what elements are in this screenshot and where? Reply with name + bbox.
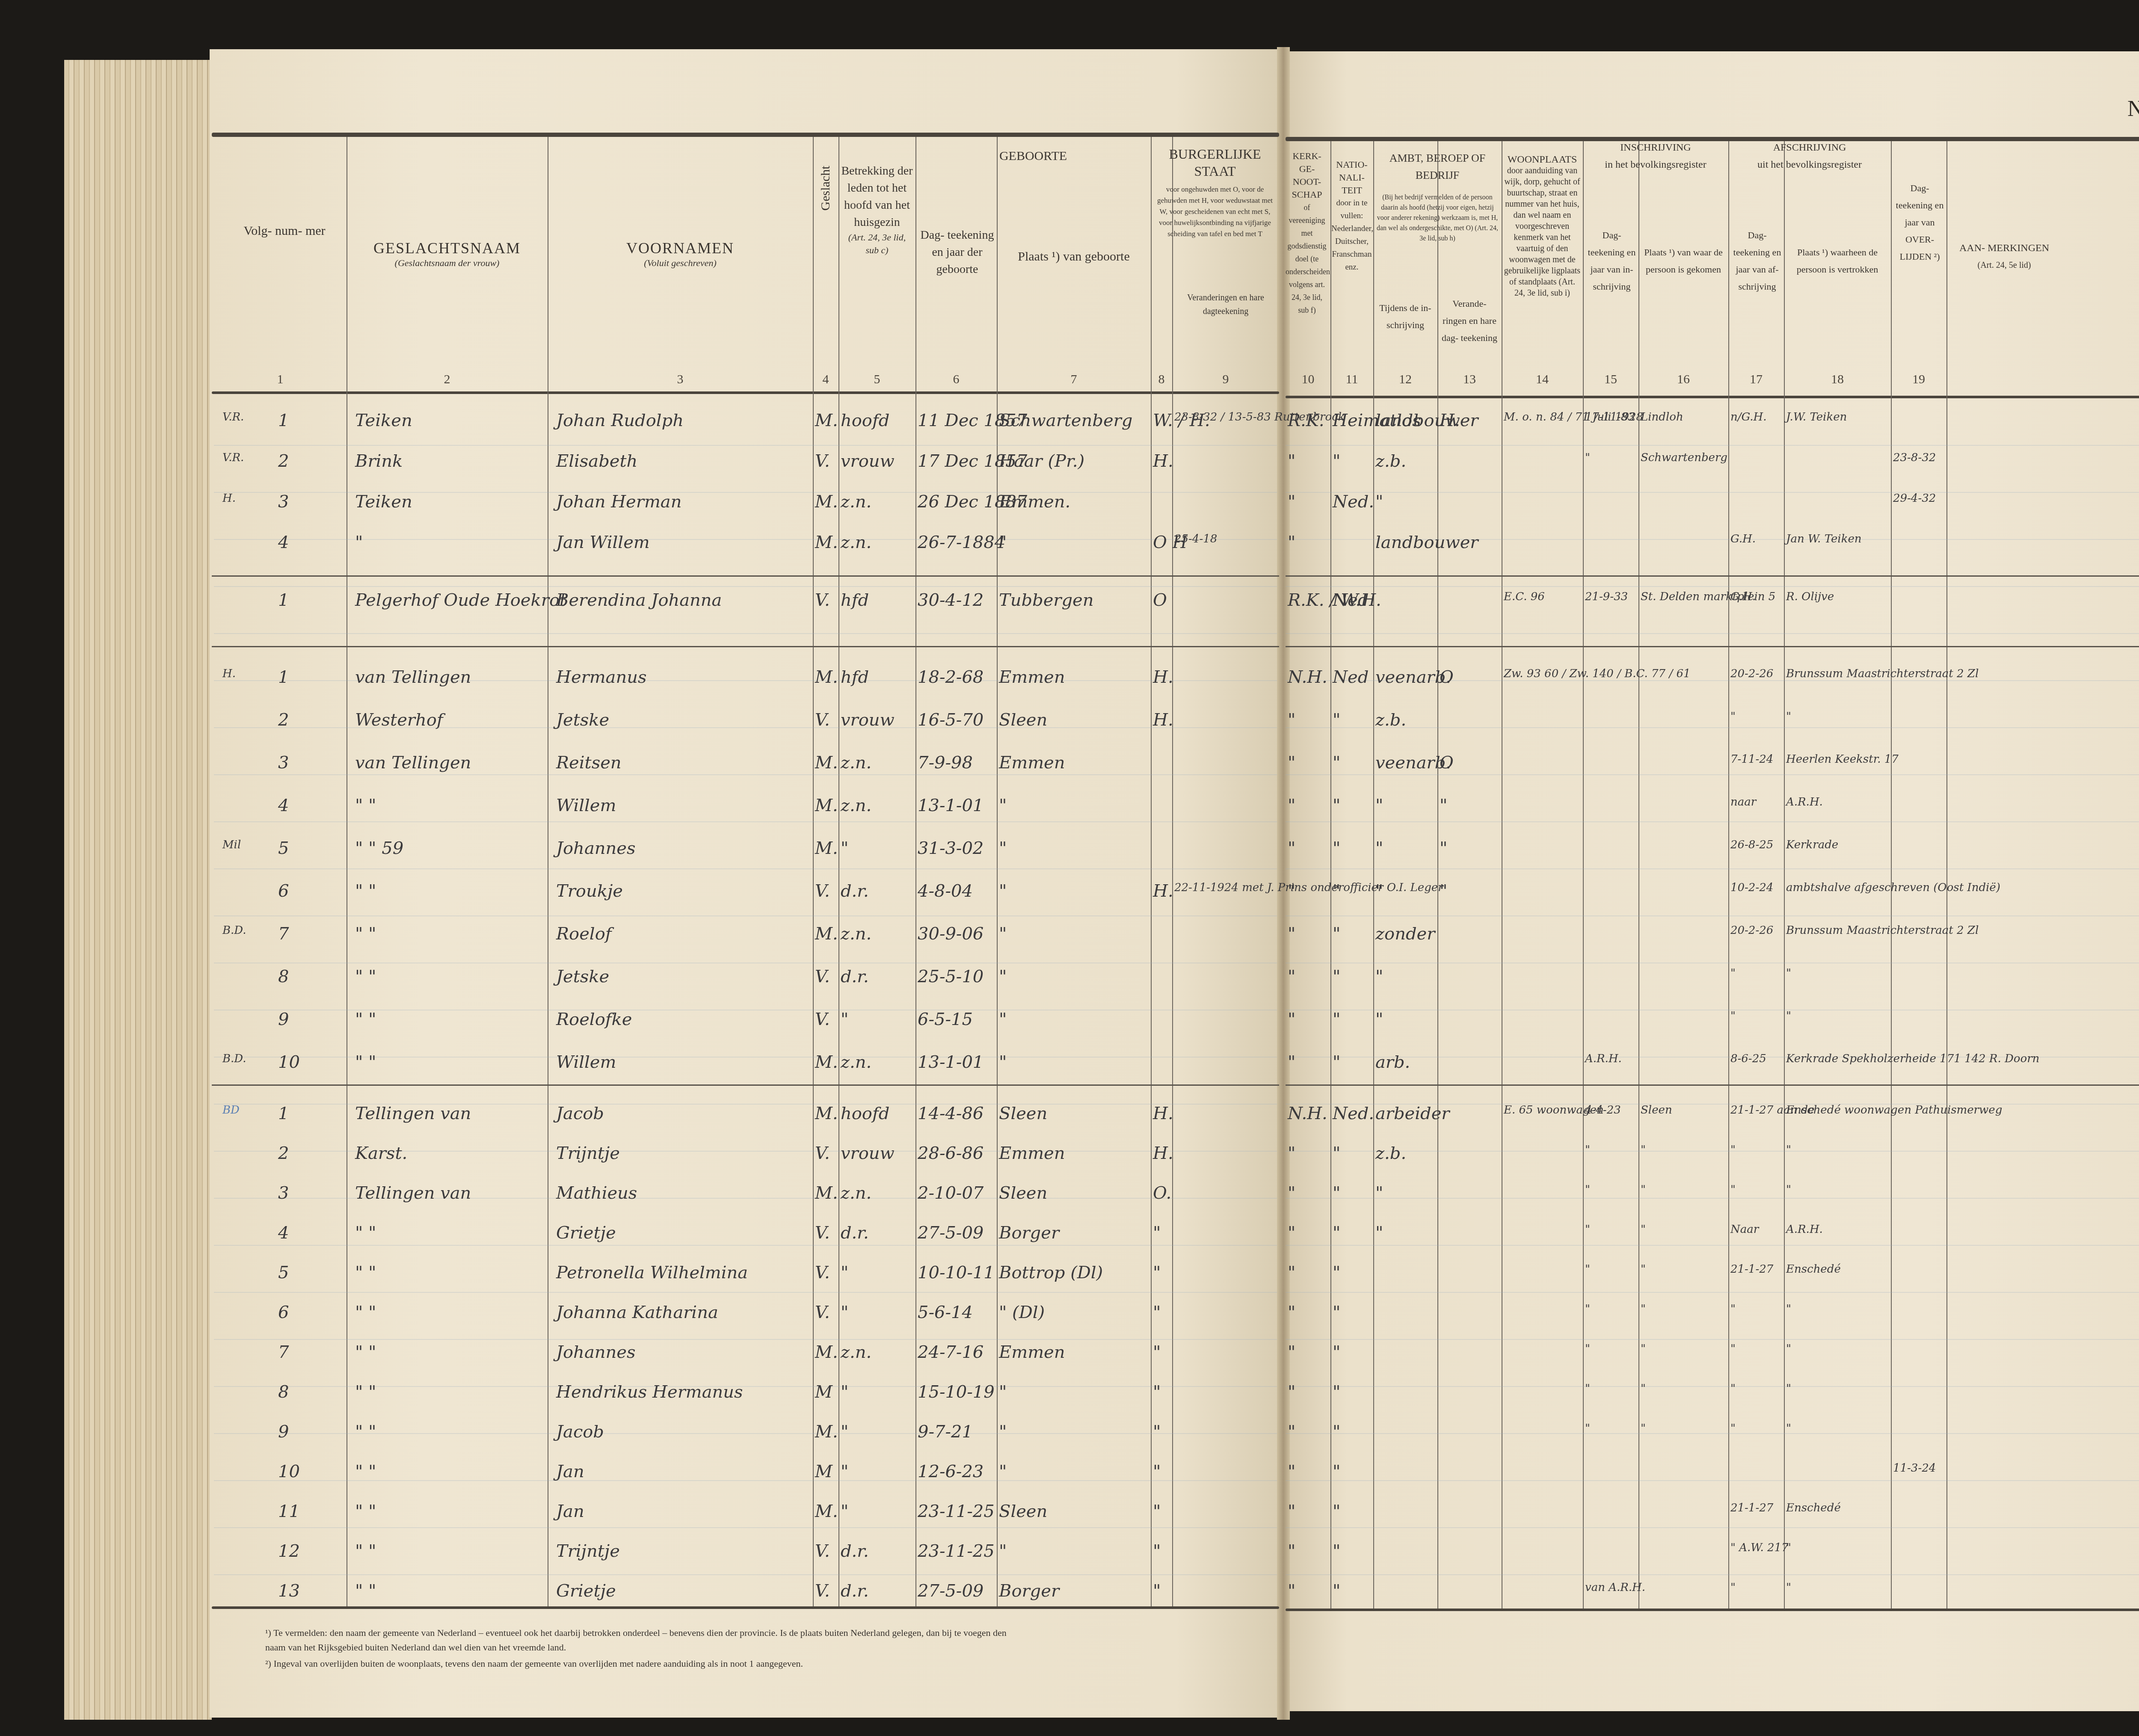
entry-church: " (1288, 1263, 1295, 1283)
entry-given: Willem (556, 1052, 616, 1072)
ruled-line (214, 1245, 1277, 1246)
entry-out-date: " A.W. 217 (1730, 1541, 1789, 1554)
ruled-line (214, 1527, 1277, 1528)
entry-rel: d.r. (841, 967, 869, 986)
ruled-line (1286, 1010, 2139, 1010)
entry-job: " (1375, 1183, 1383, 1203)
entry-surname: " " (355, 881, 376, 901)
ruled-line (214, 586, 1277, 587)
entry-out-to: Heerlen Keekstr. 17 (1786, 753, 1899, 766)
entry-job: " (1375, 838, 1383, 858)
entry-job-change: O (1440, 753, 1454, 773)
entry-nr: 1 (278, 590, 289, 610)
entry-born: 31-3-02 (918, 838, 984, 858)
header-bottom-rule-right (1286, 396, 2139, 398)
entry-nr: 1 (278, 1104, 289, 1123)
entry-church: " (1288, 967, 1295, 986)
entry-in-date: " (1585, 1382, 1590, 1395)
entry-address: Zw. 93 60 / Zw. 140 / B.C. 77 / 61 (1504, 667, 1691, 680)
entry-sex: M (815, 1462, 832, 1481)
block-separator-right (1286, 646, 2139, 647)
entry-in-from: Sleen (1641, 1104, 1672, 1117)
entry-out-to: " (1786, 1382, 1791, 1395)
entry-out-to: Jan W. Teiken (1786, 533, 1862, 545)
ruled-line (1286, 774, 2139, 775)
entry-out-to: " (1786, 1144, 1791, 1156)
entry-given: Berendina Johanna (556, 590, 722, 610)
entry-mark: BD (222, 1104, 240, 1117)
left-page-stack (64, 60, 212, 1720)
ruled-line (214, 445, 1277, 446)
entry-job: " (1375, 1223, 1383, 1243)
entry-out-to: Enschedé woonwagen Pathuismerweg (1786, 1104, 2002, 1117)
entry-out-date: " (1730, 1303, 1736, 1315)
entry-out-date: 26-8-25 (1730, 838, 1773, 851)
entry-in-from: " (1641, 1223, 1646, 1236)
entry-church: " (1288, 1382, 1295, 1402)
entry-in-from: " (1641, 1303, 1646, 1315)
entry-given: Mathieus (556, 1183, 637, 1203)
entry-surname: " " (355, 1382, 376, 1402)
entry-civ-change: 25-4-18 (1174, 533, 1217, 545)
entry-job: " (1375, 492, 1383, 512)
entry-given: Jacob (556, 1422, 604, 1442)
entry-born: 13-1-01 (918, 796, 984, 815)
entry-place: " (999, 796, 1007, 815)
entry-nat: " (1333, 1382, 1340, 1402)
entry-out-date: Naar (1730, 1223, 1759, 1236)
entry-born: 10-10-11 (918, 1263, 995, 1283)
entry-place: " (999, 1541, 1007, 1561)
col11-header: NATIO- NALI- TEITdoor in te vullen: Nede… (1331, 158, 1372, 274)
entry-in-from: Schwartenberg (1641, 451, 1727, 464)
entry-nat: " (1333, 881, 1340, 901)
entry-job: z.b. (1375, 451, 1406, 471)
entry-rel: " (841, 838, 848, 858)
entry-job: " (1375, 1010, 1383, 1029)
burgerlijke-staat-group-header: BURGERLIJKE STAAT (1153, 145, 1277, 180)
column-number: 15 (1583, 372, 1638, 387)
entry-out-date: 20-2-26 (1730, 667, 1773, 680)
entry-surname: Teiken (355, 411, 412, 430)
entry-church: " (1288, 1144, 1295, 1163)
entry-nr: 2 (278, 1144, 289, 1163)
entry-rel: d.r. (841, 1223, 869, 1243)
entry-sex: M. (815, 1502, 838, 1521)
entry-church: " (1288, 838, 1295, 858)
entry-nr: 12 (278, 1541, 300, 1561)
entry-born: 30-4-12 (918, 590, 984, 610)
entry-surname: Westerhof (355, 710, 443, 730)
entry-in-from: " (1641, 1263, 1646, 1276)
entry-out-to: " (1786, 1010, 1791, 1022)
col5-header: Betrekking der leden tot het hoofd van h… (841, 163, 913, 257)
ruled-line (1286, 586, 2139, 587)
entry-born: 18-2-68 (918, 667, 984, 687)
entry-rel: z.n. (841, 796, 871, 815)
entry-civ: " (1153, 1342, 1161, 1362)
entry-out-date: " (1730, 1422, 1736, 1435)
entry-born: 16-5-70 (918, 710, 984, 730)
entry-born: 14-4-86 (918, 1104, 984, 1123)
entry-nr: 4 (278, 533, 289, 552)
ruled-line (1286, 1527, 2139, 1528)
entry-mark: H. (222, 492, 236, 505)
entry-civ: " (1153, 1462, 1161, 1481)
entry-in-date: " (1585, 1144, 1590, 1156)
entry-rel: " (841, 1263, 848, 1283)
entry-given: Jan Willem (556, 533, 650, 552)
entry-civ: O (1153, 590, 1167, 610)
entry-out-date: n/G.H. (1730, 411, 1767, 424)
block-separator-right (1286, 575, 2139, 577)
entry-surname: Pelgerhof Oude Hoekrot (355, 590, 566, 610)
entry-job: zonder (1375, 924, 1435, 944)
entry-nr: 3 (278, 753, 289, 773)
entry-nr: 7 (278, 924, 289, 944)
entry-out-date: naar (1730, 796, 1756, 809)
entry-nat: " (1333, 1581, 1340, 1601)
ruled-line (1286, 1433, 2139, 1434)
entry-born: 12-6-23 (918, 1462, 984, 1481)
entry-place: Sleen (999, 710, 1047, 730)
entry-church: " (1288, 1010, 1295, 1029)
afschrijving-group-header: AFSCHRIJVINGuit het bevolkingsregister (1730, 139, 1889, 173)
entry-surname: Tellingen van (355, 1183, 471, 1203)
entry-sex: V. (815, 1581, 830, 1601)
entry-surname: van Tellingen (355, 667, 471, 687)
ruled-line (214, 774, 1277, 775)
entry-in-date: A.R.H. (1585, 1052, 1622, 1065)
column-number: 14 (1502, 372, 1583, 387)
column-number: 1 (214, 372, 347, 387)
entry-job: z.b. (1375, 710, 1406, 730)
entry-nr: 3 (278, 492, 289, 512)
column-divider (1373, 141, 1374, 1609)
col18-header: Plaats ¹) waarheen de persoon is vertrok… (1786, 244, 1889, 278)
entry-out-to: " (1786, 1303, 1791, 1315)
ruled-line (1286, 492, 2139, 493)
entry-mark: H. (222, 667, 236, 680)
entry-nat: " (1333, 451, 1340, 471)
entry-in-from: " (1641, 1183, 1646, 1196)
geboorte-group-header: GEBOORTE (918, 148, 1149, 165)
entry-out-to: " (1786, 710, 1791, 723)
entry-church: " (1288, 753, 1295, 773)
footnote-1: ¹) Te vermelden: den naam der gemeente v… (265, 1626, 1018, 1655)
entry-out-date: 21-1-27 (1730, 1263, 1773, 1276)
entry-rel: " (841, 1502, 848, 1521)
entry-nr: 6 (278, 881, 289, 901)
col13-header: Verande- ringen en hare dag- teekening (1440, 295, 1499, 347)
ruled-line (214, 1292, 1277, 1293)
entry-sex: M. (815, 1183, 838, 1203)
column-divider (1946, 141, 1947, 1609)
block-separator-left (212, 1084, 1279, 1086)
entry-out-to: " (1786, 1183, 1791, 1196)
entry-church: " (1288, 881, 1295, 901)
table-bottom-rule-left (212, 1606, 1279, 1609)
entry-in-date: " (1585, 1223, 1590, 1236)
entry-job: " (1375, 967, 1383, 986)
entry-civ: H. (1153, 1144, 1173, 1163)
entry-rel: z.n. (841, 1052, 871, 1072)
entry-given: Jacob (556, 1104, 604, 1123)
column-divider (1502, 141, 1502, 1609)
col1-header: Volg- num- mer (222, 222, 347, 240)
entry-nr: 4 (278, 796, 289, 815)
ruled-line (1286, 633, 2139, 634)
header-bottom-rule-left (212, 391, 1279, 394)
entry-given: Jetske (556, 710, 609, 730)
entry-church: " (1288, 1502, 1295, 1521)
entry-church: " (1288, 533, 1295, 552)
entry-rel: z.n. (841, 533, 871, 552)
entry-surname: " " 59 (355, 838, 403, 858)
entry-rel: z.n. (841, 1183, 871, 1203)
entry-nat: " (1333, 1263, 1340, 1283)
entry-nr: 1 (278, 667, 289, 687)
entry-out-to: Kerkrade (1786, 838, 1838, 851)
entry-nat: " (1333, 1010, 1340, 1029)
entry-sex: V. (815, 967, 830, 986)
column-divider (1728, 141, 1729, 1609)
entry-nat: " (1333, 796, 1340, 815)
entry-out-to: " (1786, 1422, 1791, 1435)
column-divider (1891, 141, 1892, 1609)
entry-place: " (999, 1382, 1007, 1402)
entry-civ: " (1153, 1541, 1161, 1561)
entry-out-to: " (1786, 967, 1791, 980)
inschrijving-group-header: INSCHRIJVINGin het bevolkingsregister (1585, 139, 1726, 173)
entry-given: Johan Rudolph (556, 411, 684, 430)
entry-church: " (1288, 1342, 1295, 1362)
entry-nat: " (1333, 1422, 1340, 1442)
entry-out-to: " (1786, 1541, 1791, 1554)
entry-civ: O. (1153, 1183, 1171, 1203)
entry-nat: " (1333, 967, 1340, 986)
entry-out-to: J.W. Teiken (1786, 411, 1847, 424)
entry-out-to: R. Olijve (1786, 590, 1834, 603)
entry-given: Trijntje (556, 1144, 620, 1163)
entry-rel: hoofd (841, 411, 889, 430)
entry-job-change: H. (1440, 411, 1460, 430)
entry-out-to: " (1786, 1581, 1791, 1594)
entry-mark: Mil (222, 838, 241, 851)
column-divider (1638, 141, 1639, 1609)
entry-nr: 13 (278, 1581, 300, 1601)
entry-surname: " " (355, 1541, 376, 1561)
entry-born: 6-5-15 (918, 1010, 973, 1029)
entry-rel: z.n. (841, 492, 871, 512)
entry-surname: " " (355, 1422, 376, 1442)
column-number: 3 (548, 372, 813, 387)
entry-job: " (1375, 796, 1383, 815)
col3-header: VOORNAMEN(Voluit geschreven) (550, 240, 811, 270)
entry-death: 23-8-32 (1893, 451, 1936, 464)
entry-surname: van Tellingen (355, 753, 471, 773)
entry-nat: " (1333, 1342, 1340, 1362)
ruled-line (1286, 445, 2139, 446)
ambt-note: (Bij het bedrijf vermelden of de persoon… (1375, 193, 1499, 244)
entry-nat: " (1333, 924, 1340, 944)
entry-nat: " (1333, 1223, 1340, 1243)
entry-nr: 4 (278, 1223, 289, 1243)
entry-sex: M. (815, 924, 838, 944)
entry-out-to: Enschedé (1786, 1502, 1841, 1514)
ruled-line (1286, 727, 2139, 728)
entry-job-change: " (1440, 838, 1447, 858)
entry-nr: 8 (278, 1382, 289, 1402)
entry-in-date: " (1585, 1183, 1590, 1196)
entry-mark: V.R. (222, 451, 244, 464)
entry-out-date: " (1730, 710, 1736, 723)
column-number: 12 (1373, 372, 1437, 387)
entry-place: " (999, 533, 1007, 552)
entry-nat: " (1333, 838, 1340, 858)
entry-out-to: ambtshalve afgeschreven (Oost Indië) (1786, 881, 2000, 894)
entry-surname: Brink (355, 451, 403, 471)
entry-sex: M. (815, 1052, 838, 1072)
entry-surname: " " (355, 1342, 376, 1362)
entry-out-to: " (1786, 1342, 1791, 1355)
entry-nat: Ned. (1333, 492, 1374, 512)
entry-sex: V. (815, 881, 830, 901)
entry-place: Emmen. (999, 492, 1070, 512)
entry-nat: " (1333, 1144, 1340, 1163)
entry-church: R.K. (1288, 411, 1324, 430)
entry-given: Jan (556, 1502, 584, 1521)
entry-out-date: G.H. (1730, 590, 1756, 603)
column-number: 2 (347, 372, 548, 387)
entry-rel: z.n. (841, 1342, 871, 1362)
entry-job: arb. (1375, 1052, 1410, 1072)
ruled-line (214, 915, 1277, 916)
entry-church: " (1288, 796, 1295, 815)
entry-born: 7-9-98 (918, 753, 973, 773)
ruled-line (1286, 963, 2139, 963)
entry-civ: " (1153, 1263, 1161, 1283)
entry-job-change: " (1440, 796, 1447, 815)
entry-place: Borger (999, 1223, 1059, 1243)
entry-born: 15-10-19 (918, 1382, 995, 1402)
col12-header: Tijdens de in- schrijving (1375, 299, 1435, 334)
entry-in-date: " (1585, 1422, 1590, 1435)
entry-sex: M. (815, 1342, 838, 1362)
entry-church: " (1288, 492, 1295, 512)
entry-place: " (999, 1422, 1007, 1442)
ruled-line (1286, 1574, 2139, 1575)
ruled-line (1286, 1480, 2139, 1481)
entry-civ: " (1153, 1223, 1161, 1243)
column-number: 19 (1891, 372, 1946, 387)
entry-nat: Ned (1333, 590, 1369, 610)
col6-header: Dag- teekening en jaar der geboorte (918, 227, 997, 278)
entry-out-date: " (1730, 1183, 1736, 1196)
entry-place: Tubbergen (999, 590, 1093, 610)
entry-given: Johan Herman (556, 492, 681, 512)
entry-civ: H. (1153, 1104, 1173, 1123)
entry-surname: " " (355, 1303, 376, 1322)
entry-born: 27-5-09 (918, 1581, 984, 1601)
entry-rel: d.r. (841, 1581, 869, 1601)
block-separator-left (212, 575, 1279, 577)
entry-surname: Karst. (355, 1144, 407, 1163)
entry-job: " (1375, 881, 1383, 901)
entry-nr: 8 (278, 967, 289, 986)
entry-place: Borger (999, 1581, 1059, 1601)
entry-place: Sleen (999, 1104, 1047, 1123)
entry-civ: H. (1153, 451, 1173, 471)
entry-born: 28-6-86 (918, 1144, 984, 1163)
entry-sex: M. (815, 411, 838, 430)
entry-nat: " (1333, 1462, 1340, 1481)
entry-given: Jan (556, 1462, 584, 1481)
entry-mark: B.D. (222, 1052, 246, 1065)
entry-surname: " " (355, 967, 376, 986)
entry-given: Grietje (556, 1223, 616, 1243)
ruled-line (1286, 1292, 2139, 1293)
entry-civ-change: 22-11-1924 met J. Prins onderofficier O.… (1174, 881, 1443, 894)
entry-sex: M. (815, 753, 838, 773)
entry-nr: 2 (278, 451, 289, 471)
entry-rel: " (841, 1462, 848, 1481)
ruled-line (1286, 1151, 2139, 1152)
column-number: 7 (997, 372, 1151, 387)
entry-rel: " (841, 1382, 848, 1402)
entry-nr: 9 (278, 1422, 289, 1442)
entry-out-date: 21-1-27 (1730, 1502, 1773, 1514)
col17-header: Dag- teekening en jaar van af- schrijvin… (1730, 227, 1784, 295)
column-number: 9 (1172, 372, 1279, 387)
entry-place: " (999, 1010, 1007, 1029)
entry-surname: " (355, 533, 363, 552)
entry-sex: M. (815, 838, 838, 858)
column-divider (1583, 141, 1584, 1609)
footnote-2: ²) Ingeval van overlijden buiten de woon… (265, 1656, 1018, 1671)
column-number: 4 (813, 372, 838, 387)
column-number: 13 (1437, 372, 1502, 387)
entry-given: Johanna Katharina (556, 1303, 718, 1322)
entry-given: Jetske (556, 967, 609, 986)
entry-out-date: 10-2-24 (1730, 881, 1773, 894)
entry-sex: M. (815, 796, 838, 815)
ruled-line (1286, 1386, 2139, 1387)
entry-given: Roelof (556, 924, 612, 944)
ruled-line (1286, 1245, 2139, 1246)
ruled-line (1286, 1339, 2139, 1340)
entry-born: 4-8-04 (918, 881, 973, 901)
entry-mark: B.D. (222, 924, 246, 937)
entry-born: 24-7-16 (918, 1342, 984, 1362)
entry-rel: d.r. (841, 1541, 869, 1561)
entry-born: 26-7-1884 (918, 533, 1005, 552)
col4-header: Geslacht (817, 133, 834, 244)
entry-out-date: " (1730, 1010, 1736, 1022)
entry-church: " (1288, 1581, 1295, 1601)
entry-out-date: " (1730, 967, 1736, 980)
entry-nr: 5 (278, 838, 289, 858)
entry-church: N.H. (1288, 1104, 1327, 1123)
entry-nr: 1 (278, 411, 289, 430)
entry-job: z.b. (1375, 1144, 1406, 1163)
column-divider (1784, 141, 1785, 1609)
ambt-group-header: AMBT, BEROEP OF BEDRIJF (1375, 150, 1499, 184)
entry-sex: M. (815, 1422, 838, 1442)
col19-header: Dag- teekening en jaar van OVER- LIJDEN … (1893, 180, 1946, 265)
entry-out-to: A.R.H. (1786, 796, 1823, 809)
entry-in-from: " (1641, 1382, 1646, 1395)
